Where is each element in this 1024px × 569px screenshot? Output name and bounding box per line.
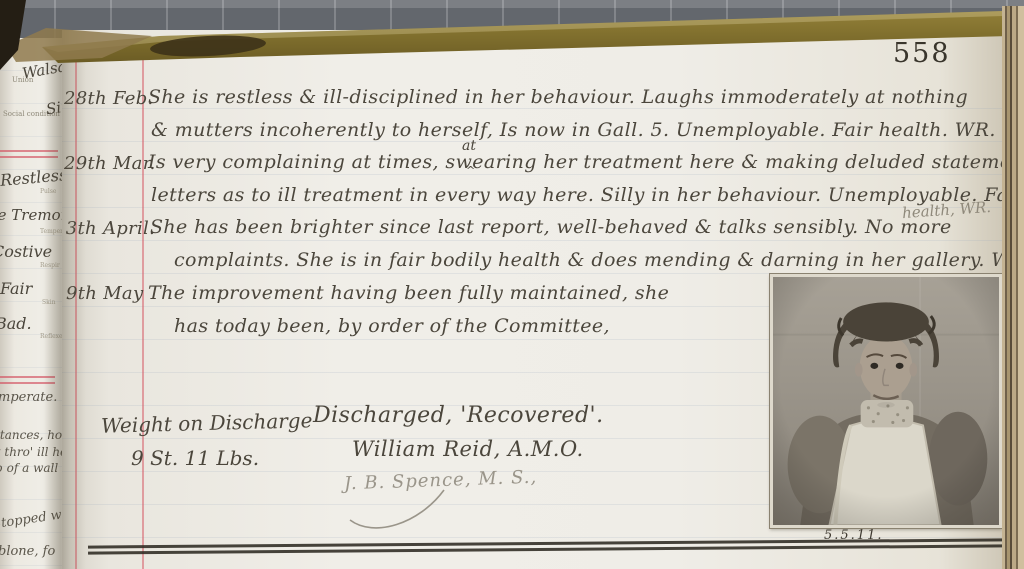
- page-number: 558: [893, 38, 951, 69]
- weight-on-discharge-value: 9 St. 11 Lbs.: [131, 446, 259, 470]
- patient-photograph: [770, 274, 1002, 528]
- medical-officer-signature: William Reid, A.M.O.: [352, 437, 584, 461]
- entry-line: has today been, by order of the Committe…: [174, 315, 610, 337]
- signature-flourish: [344, 486, 474, 546]
- page-edges: [1002, 6, 1024, 569]
- observation-note: Bad.: [0, 314, 32, 333]
- photo-date-caption: 5.5.11.: [824, 528, 883, 543]
- discharge-status: Discharged, 'Recovered'.: [313, 403, 604, 428]
- caret-mark: ^: [466, 164, 475, 177]
- entry-line: The improvement having been fully mainta…: [148, 282, 669, 304]
- casebook-page: 558 28th Feb. 29th Mar. 13th April. 9th …: [62, 30, 1005, 569]
- entry-line: letters as to ill treatment in every way…: [151, 184, 1005, 206]
- inserted-word: at: [462, 138, 476, 154]
- entry-line: complaints. She is in fair bodily health…: [174, 249, 1005, 271]
- margin-rule: [142, 58, 144, 569]
- book-gutter-shadow: [44, 30, 86, 569]
- casebook-photograph: Union Walsall Social condition Sing Rest…: [0, 0, 1024, 569]
- entry-line: She has been brighter since last report,…: [150, 216, 952, 238]
- entry-line: & mutters incoherently to herself, Is no…: [151, 119, 996, 141]
- entry-line: Is very complaining at times, swearing h…: [148, 151, 1005, 173]
- portrait-of-woman: [773, 277, 999, 525]
- entry-line: She is restless & ill-disciplined in her…: [148, 86, 968, 108]
- observation-note: Fair: [0, 279, 32, 298]
